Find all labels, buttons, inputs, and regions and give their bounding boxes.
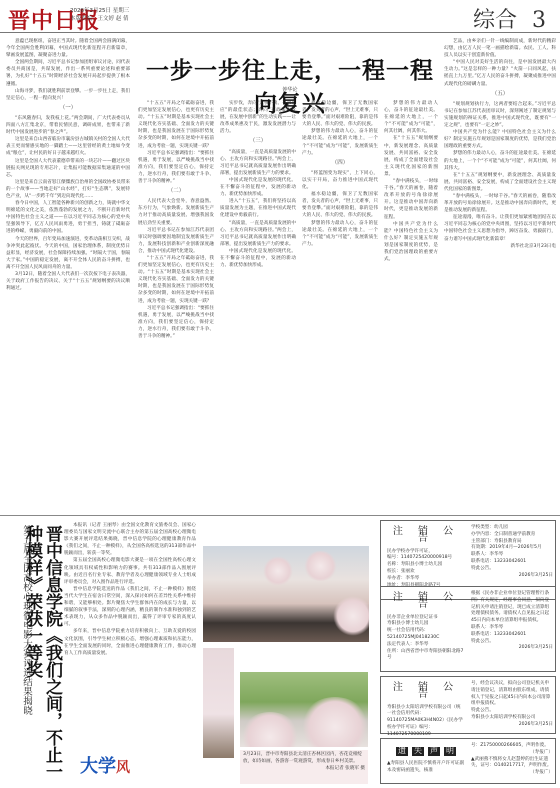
notice-box-2: 注 销 公 告 民办非企业单位登记证书 寿阳县小博士幼儿园 统一社会信用代码：5… <box>380 586 556 672</box>
subheading: （二） <box>138 188 214 195</box>
date-line: 2026年3月25日 星期三 <box>70 7 129 15</box>
article-column-3: 实步伐，奔向“无事不谈、有求必应”的最佳状态；奔向“在政策中发展，在发展中创新”… <box>220 100 296 512</box>
paragraph: 梦想的伟力最动人心，奋斗的征途最壮美。在绵延的大地上，一个个“不可能”成为“可能… <box>302 128 378 156</box>
paragraph: 梦想的伟力最动人心，奋斗的征途最壮美。在绵延的大地上，一个个“不可能”成为“可能… <box>302 220 378 248</box>
section-label: 综合 3 <box>473 3 546 34</box>
paragraph: “高质量，一直是高质量发展的中心、主攻方向和实现路径。”两会上，习近平总书记就高… <box>220 220 296 248</box>
section-name: 综合 <box>473 8 517 33</box>
paragraph: 在“十五五”规划纲要中，新发展理念、高质量发展、共同富裕、安全发展，构成了全面建… <box>384 135 438 178</box>
paragraph: 中国共产党为什么能？中国特色社会主义为什么好？制定实施五年规划是国家制度的优势，… <box>384 221 438 264</box>
masthead-rule <box>0 32 560 33</box>
paragraph: 进入“十五五”，我们将坚持以高质量发展为主题，在推进中国式现代化建设中勇毅前行。 <box>220 198 296 219</box>
paragraph: “高质量，一直是高质量发展的中心、主攻方向和实现路径。”两会上，习近平总书记就高… <box>220 149 296 177</box>
paragraph: 今天的世界，百年变局加速演进，变革动荡相互交织，战争冲突此起彼伏。今天的中国，国… <box>6 236 130 271</box>
paragraph: 第五届全国高校心理微电影大赛是一项在全国性高校心理文化领域具有权威性和影响力的赛… <box>64 557 196 585</box>
article-author: 钟华论 <box>140 86 440 93</box>
photo-field-blossoms <box>240 672 368 747</box>
article-column-4b: 梦想的伟力最动人心，奋斗的征途最壮美。在绵延的大地上，一个个“不可能”成为“可能… <box>384 100 438 512</box>
paragraph: 征途漫漫，唯有奋斗。让我们更加紧密地团结在以习近平同志为核心的党中央周围，坚持以… <box>444 214 556 242</box>
photo-villagers-apricot-blossom <box>203 546 369 642</box>
subheading: （四） <box>302 160 378 167</box>
paragraph: 山海寻梦，我们就胜利前景登攀。一步一步往上走，我们坚定信心，一程一程向复兴！ <box>6 88 130 102</box>
article-column-2: “十五五”开局之年砥砺奋进，我们更加坚定发展信心，也更有历史主动。“十五五”时期… <box>138 100 214 512</box>
notice-title: 注 销 公 告 <box>387 595 465 609</box>
paragraph: 在“十五五”规划纲要中，新发展理念、高质量发展、共同富裕、安全发展，构成了全面建… <box>444 172 556 193</box>
paragraph: 福水稳边疆，保卫了无数国家者，发关者的心声，“世上无难事，只要肯登攀。”面对艰难… <box>302 191 378 219</box>
notice-title: 注 销 公 告 <box>387 685 465 699</box>
paragraph: 艺品，由乡亲们一针一线编制而成，新时代的精彩幻想，由亿万人民一笔一画描绘新篇。农… <box>444 38 556 59</box>
paragraph: 人民代表大会堂外，春意盎然。东方行为，气象焕新。发展新质生产力对于推动高质量发展… <box>138 198 214 226</box>
article-column-4: 福水稳边疆，保卫了无数国家者，发关者的心声，“世上无难事，只要肯登攀。”面对艰难… <box>302 100 378 512</box>
paragraph: 实步伐，奔向“无事不谈、有求必应”的最佳状态；奔向“在政策中发展，在发展中创新”… <box>220 100 296 135</box>
section-divider <box>0 515 560 516</box>
logo-accent: 风 <box>116 760 130 776</box>
feature-title: 晋中信息学院《我们之间，不止一种模样》荣获一等奖 <box>40 525 62 788</box>
paragraph: 本报讯（记者 王丽琴）由全国文化教育文旅委员会、国家心理委员与国家文明交流中心联… <box>64 522 196 557</box>
article-column-5: 艺品，由乡亲们一针一线编制而成，新时代的精彩幻想，由亿万人民一笔一画描绘新篇。农… <box>444 38 556 512</box>
paragraph: 春今日中国，人工智能各种新兴的创新之力，铸就中华文明绵延的文化之美，依然蓬勃的发… <box>6 200 130 235</box>
paragraph: 习近平总书记在参加江苏代表团审议时强调要因地制宜发展新质生产力，发展科技创新和产… <box>138 227 214 255</box>
subheading: （五） <box>444 91 556 98</box>
paragraph: 中国式现代化是发展的现代化。在不懈奋斗的征程中，发展的新动力、新优势加快形成。 <box>220 248 296 269</box>
paragraph: “十五五”开局之年砥砺奋进，我们更加坚定发展信心，也更有历史主动。“十五五”时期… <box>138 255 214 305</box>
masthead: 晋中日报 2026年3月25日 星期三 本版责编：王文婷 赵 倩 综合 3 <box>0 0 560 34</box>
daxuefeng-logo: 大学风 <box>80 752 130 778</box>
paragraph: 晋中信息学院选送的作品《我们之间，不止一种模样》围绕当代大学生在宿舍日常空间，深… <box>64 586 196 629</box>
photo-blossom-orchard <box>203 648 234 758</box>
editor-line: 本版责编：王文婷 赵 倩 <box>70 15 129 23</box>
paragraph: 这里是全国人大代表董德草带来的一块芯片——翻过区块链报关网兑现的专用芯片，让集报… <box>6 158 130 179</box>
paragraph: “中国人民对美好生活的向往，是中国发展最大内生动力。”这是怎样的一种力量？“火箭… <box>444 59 556 87</box>
photo-credit: 本报记者 张晓军 摄 <box>243 766 365 773</box>
logo-main: 大学 <box>80 756 116 777</box>
paragraph: 梦想的伟力最动人心，奋斗的征途最壮美。在绵延的大地上，一个个“不可能”成为“可能… <box>444 150 556 171</box>
paragraph: 3月12日，随着全国人大代表们一次次按下电子表决器，关于政府工作报告的决议、关于… <box>6 271 130 292</box>
paragraph: 这里是来自云南省怒江傈僳族自治州的全国政协委员带来的一个故事——当地走好“山水经… <box>6 179 130 200</box>
paragraph: 习近平总书记强调指出：“要抓住机遇，勇于发展，以严峻挑战当中找准方向，我们要坚定… <box>138 305 214 340</box>
page-number: 3 <box>532 8 546 33</box>
notice-box-3: 注 销 公 告 寿阳县小太阳培训学校有限公司（统一社会信用代码：91140725… <box>380 676 556 734</box>
caption-text: 3月23日，晋中市寿阳县北太清庄杏林区园内，杏花竞相绽放，如诗如画，各游客一赏观… <box>243 752 365 766</box>
subheading: （三） <box>220 138 296 145</box>
paragraph: 全国两会期间，习近平总书记参加团组审议讨论，同代表委员共商国是，共谋发展，作出一… <box>6 59 130 87</box>
lost-notice-title: 遗失声明 <box>387 747 465 757</box>
paragraph: 中国共产党为什么能？中国特色社会主义为什么好？制定实施五年规划是国家制度的优势，… <box>444 129 556 150</box>
paragraph: 中国式现代化是发展的现代化。在不懈奋斗的征程中，发展的新动力、新优势加快形成。 <box>220 177 296 198</box>
paragraph: 这里是来自山西省临汾市襄汾县古城镇关村的全国人大代表王更而情感实地的一脚踏土——… <box>6 136 130 157</box>
paragraph: 福水稳边疆，保卫了无数国家者，发关者的心声，“世上无难事，只要肯登攀。”面对艰难… <box>302 100 378 128</box>
paragraph: “春中满枝头，一时绿千谷。”春天的画卷，随着改革开放的号角徐徐展开。这是推动中国… <box>444 193 556 214</box>
paragraph: “春中满枝头，一时绿千谷。”春天的画卷，随着改革开放的号角徐徐展开。这是推动中国… <box>384 178 438 221</box>
paragraph: 意蕴已现枢纽，奋进正当其时。随着全国两会圆满闭幕，今年全国两会胜利闭幕，中国式现… <box>6 38 130 59</box>
paragraph: 多年来，晋中信息学院重力培育积极向上、互助友爱的校园文化氛围，引导学生树立积极心… <box>64 628 196 656</box>
paragraph: “东风随春归，发我枝上花。”两会期间，广大代表委员从四面八方汇集北京，带着民情民… <box>6 115 130 136</box>
paragraph: 习近平总书记强调指出：“要抓住机遇，勇于发展，以严峻挑战当中找准方向，我们要坚定… <box>138 150 214 185</box>
photo-caption: 3月23日，晋中市寿阳县北太清庄杏林区园内，杏花竞相绽放，如诗如画，各游客一赏观… <box>240 750 368 784</box>
paragraph: “十五五”开局之年砥砺奋进，我们更加坚定发展信心，也更有历史主动。“十五五”时期… <box>138 100 214 150</box>
lost-notice-box: 遗失声明 ▲寿阳县人民医院不慎将开户许可证副本及密码函遗失，核准 号：Z1750… <box>380 738 556 784</box>
notice-title: 注 销 公 告 <box>387 529 465 543</box>
subheading: （一） <box>6 105 130 112</box>
paragraph: “规划规划执行力，这两者要结合起来。”习近平总书记在参加江苏代表团审议时，深刻阐… <box>444 101 556 129</box>
masthead-meta: 2026年3月25日 星期三 本版责编：王文婷 赵 倩 <box>70 7 129 23</box>
paragraph: 梦想的伟力最动人心，奋斗的征途最壮美。在绵延的大地上，一个个“不可能”成为“可能… <box>384 100 438 135</box>
feature-body: 本报讯（记者 王丽琴）由全国文化教育文旅委员会、国家心理委员与国家文明交流中心联… <box>64 522 196 748</box>
paragraph: “将蓝图变为现实”，上下同心，以实干开局，奋力推进中国式现代化。 <box>302 170 378 191</box>
article-column-1: 意蕴已现枢纽，奋进正当其时。随着全国两会圆满闭幕，今年全国两会胜利闭幕，中国式现… <box>6 38 130 512</box>
source-line: 新华社北京3月23日电 <box>444 243 556 250</box>
